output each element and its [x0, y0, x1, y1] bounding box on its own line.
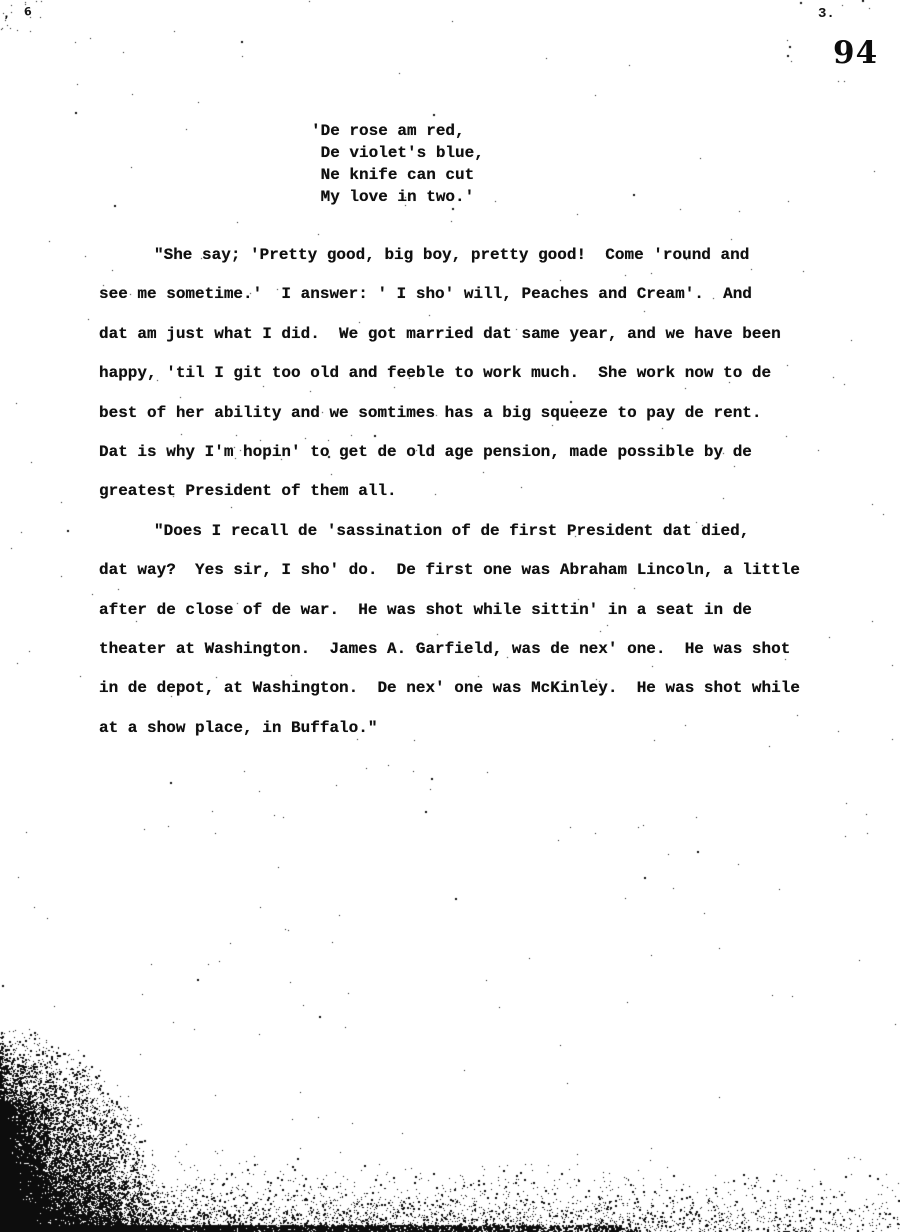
text-line: happy, 'til I git too old and feeble to …	[99, 354, 800, 393]
text-line: dat am just what I did. We got married d…	[99, 315, 800, 354]
text-line: greatest President of them all.	[99, 472, 800, 511]
poem-line: Ne knife can cut	[311, 164, 484, 186]
stray-pencil-mark: , 6	[4, 5, 39, 19]
text-line: "She say; 'Pretty good, big boy, pretty …	[99, 236, 800, 275]
text-line: dat way? Yes sir, I sho' do. De first on…	[99, 551, 800, 590]
poem-block: 'De rose am red, De violet's blue, Ne kn…	[311, 120, 484, 208]
text-line: after de close of de war. He was shot wh…	[99, 591, 800, 630]
text-line: best of her ability and we somtimes has …	[99, 394, 800, 433]
text-line: "Does I recall de 'sassination of de fir…	[99, 512, 800, 551]
text-line: Dat is why I'm hopin' to get de old age …	[99, 433, 800, 472]
body-text: "She say; 'Pretty good, big boy, pretty …	[99, 236, 800, 748]
poem-line: 'De rose am red,	[311, 120, 484, 142]
text-line: at a show place, in Buffalo."	[99, 709, 800, 748]
poem-line: My love in two.'	[311, 186, 484, 208]
page-number-stamp: 94	[833, 38, 878, 69]
document-page: , 6 3. 94 'De rose am red, De violet's b…	[0, 0, 900, 1232]
poem-line: De violet's blue,	[311, 142, 484, 164]
typed-page-note: 3.	[818, 7, 835, 21]
text-line: in de depot, at Washington. De nex' one …	[99, 669, 800, 708]
text-line: theater at Washington. James A. Garfield…	[99, 630, 800, 669]
text-line: see me sometime.' I answer: ' I sho' wil…	[99, 275, 800, 314]
